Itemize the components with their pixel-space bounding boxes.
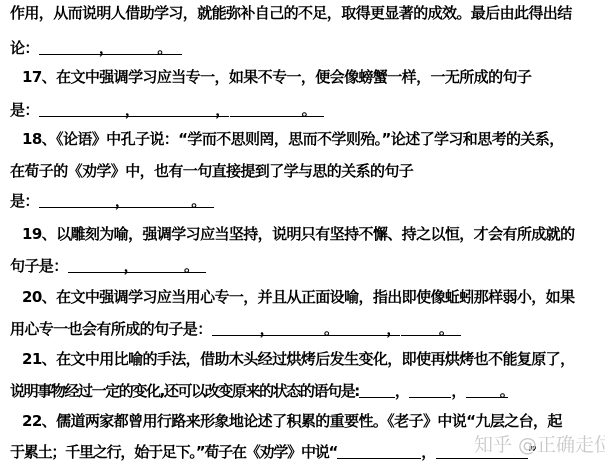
question-17-text: 17、在文中强调学习应当专一，如果不专一，便会像螃蟹一样，一无所成的句子 <box>22 67 531 87</box>
answer-blank[interactable] <box>337 443 421 459</box>
q21-prefix: 说明事物经过一定的变化,还可以改变原来的状态的语句是: <box>10 382 359 400</box>
answer-blank[interactable] <box>212 320 274 336</box>
question-19-answer-line: 句子是：，。 <box>10 255 206 276</box>
answer-blank[interactable] <box>39 192 129 208</box>
answer-blank[interactable] <box>359 382 395 398</box>
answer-blank[interactable] <box>39 101 139 117</box>
answer-blank[interactable] <box>39 39 117 55</box>
answer-blank[interactable] <box>274 320 342 336</box>
answer-blank[interactable] <box>409 382 451 398</box>
comma: ， <box>451 381 465 401</box>
intro-answer-line: 论：，。 <box>10 37 182 58</box>
intro-prefix: 论： <box>10 39 39 57</box>
answer-blank[interactable] <box>129 192 211 208</box>
question-20-answer-line: 用心专一也会有所成的句子是：，。，。 <box>10 318 461 339</box>
question-21-answer-line: 说明事物经过一定的变化,还可以改变原来的状态的语句是:，，。 <box>10 380 514 401</box>
question-18-answer-line: 是：，。 <box>10 190 214 211</box>
question-22-text: 22、儒道两家都曾用行路来形象地论述了积累的重要性。《老子》中说“九层之台，起 <box>22 411 562 431</box>
comma: ， <box>421 442 435 462</box>
answer-blank[interactable] <box>139 101 229 117</box>
q17-prefix: 是： <box>10 101 39 119</box>
question-18-text-2: 在荀子的《劝学》中，也有一句直接提到了学与思的关系的句子 <box>10 161 413 181</box>
answer-blank[interactable] <box>466 382 508 398</box>
answer-blank[interactable] <box>68 257 140 273</box>
question-17-answer-line: 是：，，。 <box>10 99 324 120</box>
question-19-text: 19、以雕刻为喻，强调学习应当坚持，说明只有坚持不懈、持之以恒，才会有所成就的 <box>22 224 574 244</box>
q22-prefix: 于累土；千里之行，始于足下。”荀子在《劝学》中说“ <box>10 443 337 461</box>
intro-text-line-1: 作用，从而说明人借助学习，就能弥补自己的不足，取得更显著的成效。最后由此得出结 <box>10 3 572 23</box>
answer-blank[interactable] <box>230 101 322 117</box>
comma: ， <box>395 381 409 401</box>
answer-blank[interactable] <box>138 257 204 273</box>
answer-blank[interactable] <box>113 39 179 55</box>
question-22-answer-line: 于累土；千里之行，始于足下。”荀子在《劝学》中说“，” <box>10 441 537 462</box>
q19-prefix: 句子是： <box>10 257 68 275</box>
zhihu-watermark: 知乎 @正确走位 <box>474 430 605 457</box>
question-21-text: 21、在文中用比喻的手法，借助木头经过烘烤后发生变化，即使再烘烤也不能复原了， <box>22 349 574 369</box>
q20-prefix: 用心专一也会有所成的句子是： <box>10 320 212 338</box>
q18-prefix: 是： <box>10 192 39 210</box>
question-18-text-1: 18、《论语》中孔子说：“学而不思则罔，思而不学则殆。”论述了学习和思考的关系， <box>22 129 564 149</box>
answer-blank[interactable] <box>338 320 400 336</box>
question-20-text: 20、在文中强调学习应当用心专一，并且从正面设喻，指出即使像蚯蚓那样弱小，如果 <box>22 287 574 307</box>
answer-blank[interactable] <box>401 320 457 336</box>
